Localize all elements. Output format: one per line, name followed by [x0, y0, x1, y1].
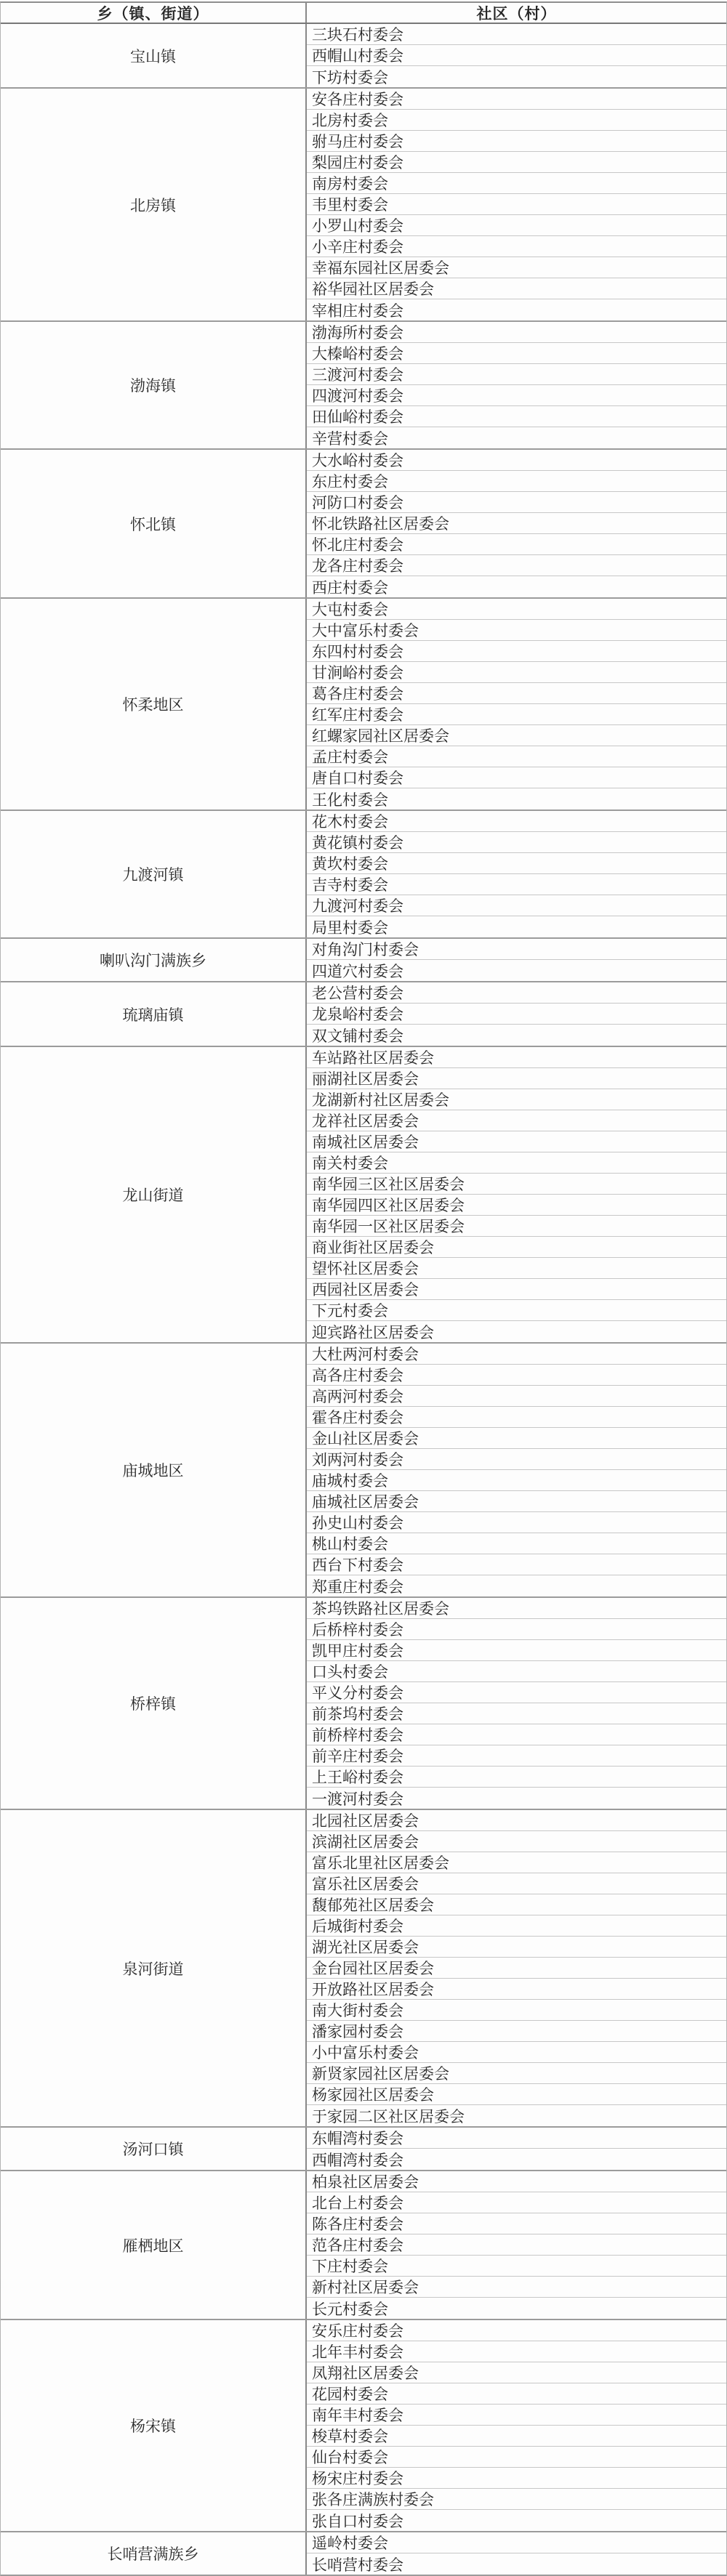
community-cell: 四渡河村委会: [307, 385, 726, 406]
section-row: 龙山街道 车站路社区居委会丽湖社区居委会龙湖新村社区居委会龙祥社区居委会南城社区…: [1, 1047, 726, 1344]
community-cell: 新贤家园社区居委会: [307, 2063, 726, 2084]
community-cell: 西帽湾村委会: [307, 2149, 726, 2170]
community-cell: 东四村村委会: [307, 641, 726, 662]
community-cell: 仙台村委会: [307, 2447, 726, 2468]
community-list: 安乐庄村委会北年丰村委会凤翔社区居委会花园村委会南年丰村委会梭草村委会仙台村委会…: [307, 2320, 726, 2531]
section-row: 喇叭沟门满族乡 对角沟门村委会四道穴村委会: [1, 939, 726, 982]
community-cell: 南华园四区社区居委会: [307, 1195, 726, 1216]
community-cell: 下坊村委会: [307, 66, 726, 87]
township-cell: 龙山街道: [1, 1047, 307, 1342]
community-cell: 下元村委会: [307, 1300, 726, 1321]
township-cell: 北房镇: [1, 89, 307, 320]
section-row: 宝山镇 三块石村委会西帽山村委会下坊村委会: [1, 24, 726, 89]
section-row: 汤河口镇 东帽湾村委会西帽湾村委会: [1, 2128, 726, 2171]
table-header-row: 乡（镇、街道） 社区（村）: [1, 3, 726, 24]
community-cell: 刘两河村委会: [307, 1449, 726, 1470]
community-cell: 北台上村委会: [307, 2192, 726, 2213]
community-cell: 葛各庄村委会: [307, 683, 726, 704]
community-cell: 大中富乐村委会: [307, 620, 726, 641]
community-cell: 双文铺村委会: [307, 1025, 726, 1046]
township-cell: 宝山镇: [1, 24, 307, 87]
community-cell: 北园社区居委会: [307, 1810, 726, 1831]
community-cell: 唐自口村委会: [307, 767, 726, 788]
community-cell: 黄坎村委会: [307, 853, 726, 874]
community-cell: 怀北铁路社区居委会: [307, 513, 726, 534]
township-cell: 怀柔地区: [1, 599, 307, 809]
community-cell: 西庄村委会: [307, 576, 726, 597]
community-list: 遥岭村委会长哨营村委会: [307, 2532, 726, 2575]
community-cell: 大杜两河村委会: [307, 1344, 726, 1365]
community-cell: 凯甲庄村委会: [307, 1640, 726, 1661]
community-cell: 东帽湾村委会: [307, 2128, 726, 2149]
section-row: 泉河街道 北园社区居委会滨湖社区居委会富乐北里社区居委会富乐社区居委会馥郁苑社区…: [1, 1810, 726, 2128]
community-cell: 渤海所村委会: [307, 322, 726, 343]
community-cell: 高各庄村委会: [307, 1365, 726, 1386]
community-cell: 南年丰村委会: [307, 2405, 726, 2426]
township-cell: 渤海镇: [1, 322, 307, 448]
township-cell: 琉璃庙镇: [1, 982, 307, 1046]
community-cell: 小罗山村委会: [307, 215, 726, 236]
community-cell: 大榛峪村委会: [307, 343, 726, 364]
community-cell: 大水峪村委会: [307, 450, 726, 471]
township-cell: 怀北镇: [1, 450, 307, 597]
section-row: 九渡河镇 花木村委会黄花镇村委会黄坎村委会吉寺村委会九渡河村委会局里村委会: [1, 811, 726, 939]
community-cell: 遥岭村委会: [307, 2532, 726, 2553]
community-cell: 商业街社区居委会: [307, 1237, 726, 1258]
community-cell: 富乐北里社区居委会: [307, 1852, 726, 1873]
community-cell: 辛营村委会: [307, 427, 726, 448]
community-list: 花木村委会黄花镇村委会黄坎村委会吉寺村委会九渡河村委会局里村委会: [307, 811, 726, 937]
community-cell: 对角沟门村委会: [307, 939, 726, 960]
community-cell: 甘涧峪村委会: [307, 662, 726, 683]
community-cell: 开放路社区居委会: [307, 1979, 726, 2000]
community-list: 北园社区居委会滨湖社区居委会富乐北里社区居委会富乐社区居委会馥郁苑社区居委会后城…: [307, 1810, 726, 2126]
community-cell: 西园社区居委会: [307, 1279, 726, 1300]
community-cell: 车站路社区居委会: [307, 1047, 726, 1068]
community-cell: 黄花镇村委会: [307, 832, 726, 853]
community-cell: 庙城村委会: [307, 1470, 726, 1491]
community-cell: 前茶坞村委会: [307, 1703, 726, 1724]
community-list: 大屯村委会大中富乐村委会东四村村委会甘涧峪村委会葛各庄村委会红军庄村委会红螺家园…: [307, 599, 726, 809]
community-cell: 吉寺村委会: [307, 874, 726, 895]
community-cell: 河防口村委会: [307, 492, 726, 513]
community-cell: 张各庄满族村委会: [307, 2489, 726, 2510]
community-cell: 杨家园社区居委会: [307, 2084, 726, 2105]
community-cell: 柏泉社区居委会: [307, 2171, 726, 2192]
community-cell: 郑重庄村委会: [307, 1575, 726, 1596]
community-cell: 西台下村委会: [307, 1554, 726, 1575]
community-cell: 龙湖新村社区居委会: [307, 1089, 726, 1110]
section-row: 长哨营满族乡 遥岭村委会长哨营村委会: [1, 2532, 726, 2575]
township-cell: 汤河口镇: [1, 2128, 307, 2170]
col-header-township: 乡（镇、街道）: [1, 3, 307, 23]
community-list: 渤海所村委会大榛峪村委会三渡河村委会四渡河村委会田仙峪村委会辛营村委会: [307, 322, 726, 448]
community-cell: 张自口村委会: [307, 2510, 726, 2531]
community-cell: 南华园一区社区居委会: [307, 1216, 726, 1237]
community-cell: 九渡河村委会: [307, 895, 726, 916]
community-cell: 庙城社区居委会: [307, 1491, 726, 1512]
community-cell: 后城街村委会: [307, 1915, 726, 1937]
community-cell: 于家园二区社区居委会: [307, 2105, 726, 2126]
township-cell: 泉河街道: [1, 1810, 307, 2126]
community-cell: 孙史山村委会: [307, 1512, 726, 1533]
community-cell: 三块石村委会: [307, 24, 726, 45]
community-cell: 口头村委会: [307, 1661, 726, 1682]
community-cell: 霍各庄村委会: [307, 1407, 726, 1428]
community-list: 大杜两河村委会高各庄村委会高两河村委会霍各庄村委会金山社区居委会刘两河村委会庙城…: [307, 1344, 726, 1596]
community-cell: 驸马庄村委会: [307, 131, 726, 152]
community-cell: 下庄村委会: [307, 2256, 726, 2277]
section-row: 琉璃庙镇 老公营村委会龙泉峪村委会双文铺村委会: [1, 982, 726, 1047]
section-row: 渤海镇 渤海所村委会大榛峪村委会三渡河村委会四渡河村委会田仙峪村委会辛营村委会: [1, 322, 726, 450]
community-cell: 王化村委会: [307, 788, 726, 809]
community-cell: 陈各庄村委会: [307, 2213, 726, 2234]
community-cell: 花木村委会: [307, 811, 726, 832]
community-cell: 老公营村委会: [307, 982, 726, 1004]
community-cell: 茶坞铁路社区居委会: [307, 1598, 726, 1619]
community-cell: 孟庄村委会: [307, 746, 726, 767]
community-cell: 幸福东园社区居委会: [307, 257, 726, 278]
community-cell: 红螺家园社区居委会: [307, 725, 726, 746]
community-cell: 红军庄村委会: [307, 704, 726, 725]
township-cell: 九渡河镇: [1, 811, 307, 937]
community-cell: 馥郁苑社区居委会: [307, 1894, 726, 1915]
community-list: 三块石村委会西帽山村委会下坊村委会: [307, 24, 726, 87]
community-cell: 金台园社区居委会: [307, 1958, 726, 1979]
community-cell: 梨园庄村委会: [307, 152, 726, 173]
admin-divisions-table: 乡（镇、街道） 社区（村） 宝山镇 三块石村委会西帽山村委会下坊村委会 北房镇 …: [0, 1, 727, 2576]
col-header-community: 社区（村）: [307, 3, 726, 23]
community-cell: 怀北庄村委会: [307, 534, 726, 555]
community-cell: 小辛庄村委会: [307, 236, 726, 257]
township-cell: 桥梓镇: [1, 1598, 307, 1809]
community-cell: 裕华园社区居委会: [307, 278, 726, 299]
community-cell: 大屯村委会: [307, 599, 726, 620]
township-cell: 杨宋镇: [1, 2320, 307, 2531]
community-cell: 安乐庄村委会: [307, 2320, 726, 2341]
community-list: 老公营村委会龙泉峪村委会双文铺村委会: [307, 982, 726, 1046]
community-list: 茶坞铁路社区居委会后桥梓村委会凯甲庄村委会口头村委会平义分村委会前茶坞村委会前桥…: [307, 1598, 726, 1809]
community-cell: 新村社区居委会: [307, 2277, 726, 2298]
community-cell: 三渡河村委会: [307, 364, 726, 385]
community-cell: 北年丰村委会: [307, 2341, 726, 2362]
community-cell: 宰相庄村委会: [307, 299, 726, 320]
community-cell: 湖光社区居委会: [307, 1937, 726, 1958]
community-list: 柏泉社区居委会北台上村委会陈各庄村委会范各庄村委会下庄村委会新村社区居委会长元村…: [307, 2171, 726, 2319]
community-cell: 望怀社区居委会: [307, 1258, 726, 1279]
section-row: 桥梓镇 茶坞铁路社区居委会后桥梓村委会凯甲庄村委会口头村委会平义分村委会前茶坞村…: [1, 1598, 726, 1810]
township-cell: 喇叭沟门满族乡: [1, 939, 307, 981]
community-cell: 杨宋庄村委会: [307, 2468, 726, 2489]
community-cell: 韦里村委会: [307, 194, 726, 215]
community-cell: 南房村委会: [307, 173, 726, 194]
table-body: 宝山镇 三块石村委会西帽山村委会下坊村委会 北房镇 安各庄村委会北房村委会驸马庄…: [1, 24, 726, 2575]
community-cell: 南华园三区社区居委会: [307, 1174, 726, 1195]
community-cell: 龙泉峪村委会: [307, 1004, 726, 1025]
community-cell: 潘家园村委会: [307, 2021, 726, 2042]
community-list: 东帽湾村委会西帽湾村委会: [307, 2128, 726, 2170]
community-cell: 长元村委会: [307, 2298, 726, 2319]
community-cell: 田仙峪村委会: [307, 406, 726, 427]
community-cell: 南城社区居委会: [307, 1131, 726, 1152]
community-cell: 富乐社区居委会: [307, 1873, 726, 1894]
community-list: 车站路社区居委会丽湖社区居委会龙湖新村社区居委会龙祥社区居委会南城社区居委会南关…: [307, 1047, 726, 1342]
community-cell: 南大街村委会: [307, 2000, 726, 2021]
community-cell: 丽湖社区居委会: [307, 1068, 726, 1089]
community-cell: 凤翔社区居委会: [307, 2362, 726, 2383]
section-row: 怀北镇 大水峪村委会东庄村委会河防口村委会怀北铁路社区居委会怀北庄村委会龙各庄村…: [1, 450, 726, 599]
community-cell: 龙各庄村委会: [307, 555, 726, 576]
community-cell: 一渡河村委会: [307, 1788, 726, 1809]
section-row: 北房镇 安各庄村委会北房村委会驸马庄村委会梨园庄村委会南房村委会韦里村委会小罗山…: [1, 89, 726, 322]
community-list: 大水峪村委会东庄村委会河防口村委会怀北铁路社区居委会怀北庄村委会龙各庄村委会西庄…: [307, 450, 726, 597]
community-cell: 长哨营村委会: [307, 2553, 726, 2575]
community-cell: 后桥梓村委会: [307, 1619, 726, 1640]
community-cell: 西帽山村委会: [307, 45, 726, 66]
township-cell: 庙城地区: [1, 1344, 307, 1596]
township-cell: 长哨营满族乡: [1, 2532, 307, 2575]
section-row: 庙城地区 大杜两河村委会高各庄村委会高两河村委会霍各庄村委会金山社区居委会刘两河…: [1, 1344, 726, 1598]
community-cell: 局里村委会: [307, 916, 726, 937]
community-cell: 四道穴村委会: [307, 960, 726, 981]
community-cell: 桃山村委会: [307, 1533, 726, 1554]
community-cell: 花园村委会: [307, 2383, 726, 2405]
community-cell: 安各庄村委会: [307, 89, 726, 110]
community-cell: 平义分村委会: [307, 1682, 726, 1703]
section-row: 雁栖地区 柏泉社区居委会北台上村委会陈各庄村委会范各庄村委会下庄村委会新村社区居…: [1, 2171, 726, 2320]
community-cell: 迎宾路社区居委会: [307, 1321, 726, 1342]
community-list: 对角沟门村委会四道穴村委会: [307, 939, 726, 981]
community-cell: 龙祥社区居委会: [307, 1110, 726, 1131]
community-cell: 上王峪村委会: [307, 1767, 726, 1788]
community-cell: 滨湖社区居委会: [307, 1831, 726, 1852]
community-cell: 南关村委会: [307, 1152, 726, 1174]
section-row: 杨宋镇 安乐庄村委会北年丰村委会凤翔社区居委会花园村委会南年丰村委会梭草村委会仙…: [1, 2320, 726, 2532]
township-cell: 雁栖地区: [1, 2171, 307, 2319]
community-cell: 金山社区居委会: [307, 1428, 726, 1449]
community-cell: 范各庄村委会: [307, 2234, 726, 2256]
section-row: 怀柔地区 大屯村委会大中富乐村委会东四村村委会甘涧峪村委会葛各庄村委会红军庄村委…: [1, 599, 726, 811]
community-cell: 梭草村委会: [307, 2426, 726, 2447]
community-cell: 前辛庄村委会: [307, 1745, 726, 1767]
community-cell: 高两河村委会: [307, 1386, 726, 1407]
community-cell: 前桥梓村委会: [307, 1724, 726, 1745]
community-cell: 北房村委会: [307, 110, 726, 131]
community-cell: 东庄村委会: [307, 471, 726, 492]
community-cell: 小中富乐村委会: [307, 2042, 726, 2063]
community-list: 安各庄村委会北房村委会驸马庄村委会梨园庄村委会南房村委会韦里村委会小罗山村委会小…: [307, 89, 726, 320]
